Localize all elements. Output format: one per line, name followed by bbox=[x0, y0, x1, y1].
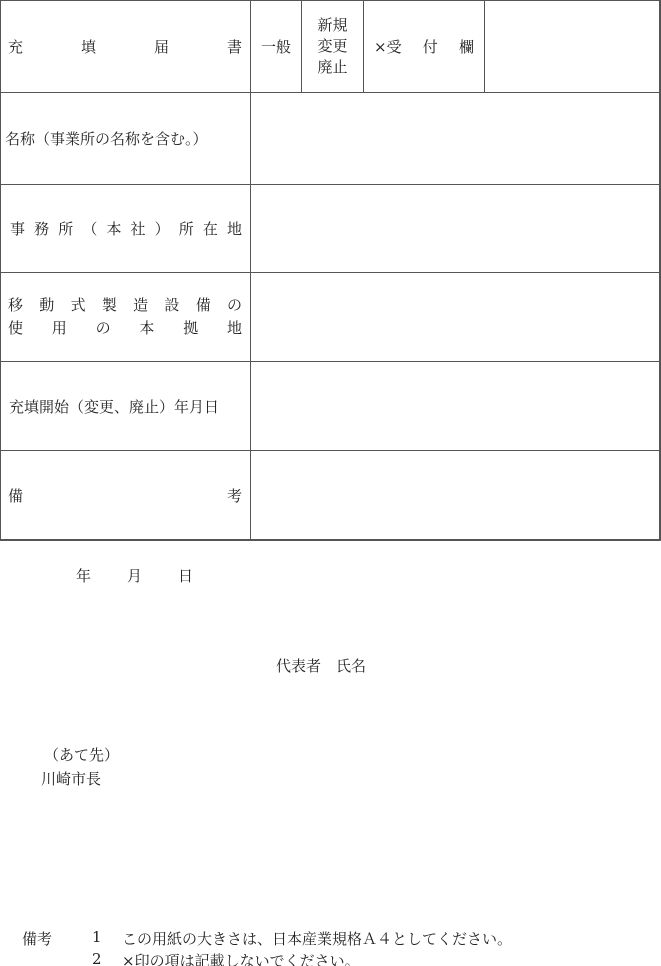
label-line-2: 使 用 の 本 拠 地 bbox=[8, 317, 242, 340]
table-divider bbox=[363, 0, 364, 92]
label-char: 製 bbox=[102, 294, 117, 317]
note-number: 2 bbox=[92, 950, 102, 966]
receipt-char: 付 bbox=[423, 36, 438, 57]
label-char: 考 bbox=[227, 485, 242, 506]
title-char: 填 bbox=[81, 36, 96, 57]
title-char: 届 bbox=[154, 36, 169, 57]
notes-heading: 備考 bbox=[22, 928, 52, 949]
note-text: この用紙の大きさは、日本産業規格Ａ４としてください。 bbox=[122, 928, 512, 949]
label-char: 本 bbox=[106, 218, 121, 239]
mobile-base-field[interactable] bbox=[251, 273, 659, 361]
title-char: 充 bbox=[8, 36, 23, 57]
receipt-char: 欄 bbox=[459, 36, 474, 57]
label-char: ） bbox=[155, 218, 170, 239]
label-char: 用 bbox=[52, 317, 67, 340]
row-label-mobile-base: 移 動 式 製 造 設 備 の 使 用 の 本 拠 地 bbox=[8, 273, 242, 361]
type-option-new[interactable]: 新規 bbox=[317, 15, 347, 36]
remarks-field[interactable] bbox=[251, 451, 659, 539]
general-label: 一般 bbox=[251, 0, 301, 92]
label-char: 所 bbox=[58, 218, 73, 239]
name-field[interactable] bbox=[251, 93, 659, 184]
type-option-change[interactable]: 変更 bbox=[317, 36, 347, 57]
label-char: 地 bbox=[227, 218, 242, 239]
label-char: 務 bbox=[34, 218, 49, 239]
label-char: 拠 bbox=[183, 317, 198, 340]
label-char: 動 bbox=[39, 294, 54, 317]
note-number: 1 bbox=[92, 928, 102, 946]
table-border-left bbox=[0, 0, 1, 540]
label-char: の bbox=[96, 317, 111, 340]
label-char: の bbox=[227, 294, 242, 317]
addressee-name: 川崎市長 bbox=[41, 768, 101, 789]
title-char: 書 bbox=[227, 36, 242, 57]
row-label-start-date: 充填開始（変更、廃止）年月日 bbox=[9, 362, 243, 450]
addressee-label: （あて先） bbox=[44, 744, 119, 765]
label-char: 地 bbox=[227, 317, 242, 340]
receipt-label: ×受 付 欄 bbox=[374, 0, 474, 92]
label-text: 名称（事業所の名称を含む。） bbox=[5, 128, 208, 149]
table-border-bottom bbox=[0, 539, 661, 541]
representative-name-label: 代表者 氏名 bbox=[276, 655, 366, 676]
date-year-label: 年 bbox=[76, 565, 91, 586]
date-day-label: 日 bbox=[178, 565, 193, 586]
label-char: 在 bbox=[203, 218, 218, 239]
label-char: 事 bbox=[10, 218, 25, 239]
label-char: 使 bbox=[8, 317, 23, 340]
label-char: （ bbox=[82, 218, 97, 239]
receipt-field bbox=[485, 1, 659, 92]
row-label-office-address: 事 務 所 （ 本 社 ） 所 在 地 bbox=[10, 185, 242, 272]
label-char: 設 bbox=[164, 294, 179, 317]
note-text: ×印の項は記載しないでください。 bbox=[122, 950, 360, 966]
label-char: 式 bbox=[71, 294, 86, 317]
general-text: 一般 bbox=[261, 36, 291, 57]
receipt-char: ×受 bbox=[374, 36, 402, 57]
type-option-abolish[interactable]: 廃止 bbox=[317, 57, 347, 78]
date-month-label: 月 bbox=[127, 565, 142, 586]
label-char: 社 bbox=[131, 218, 146, 239]
form-title: 充 填 届 書 bbox=[8, 0, 242, 92]
label-char: 所 bbox=[179, 218, 194, 239]
label-char: 本 bbox=[139, 317, 154, 340]
label-line-1: 移 動 式 製 造 設 備 の bbox=[8, 294, 242, 317]
label-char: 備 bbox=[8, 485, 23, 506]
office-address-field[interactable] bbox=[251, 185, 659, 272]
row-label-name: 名称（事業所の名称を含む。） bbox=[5, 93, 239, 184]
label-char: 造 bbox=[133, 294, 148, 317]
start-date-field[interactable] bbox=[251, 362, 659, 450]
label-char: 備 bbox=[196, 294, 211, 317]
label-char: 移 bbox=[8, 294, 23, 317]
type-options[interactable]: 新規 変更 廃止 bbox=[302, 0, 363, 92]
label-text: 充填開始（変更、廃止）年月日 bbox=[9, 396, 219, 417]
row-label-remarks: 備 考 bbox=[8, 451, 242, 539]
